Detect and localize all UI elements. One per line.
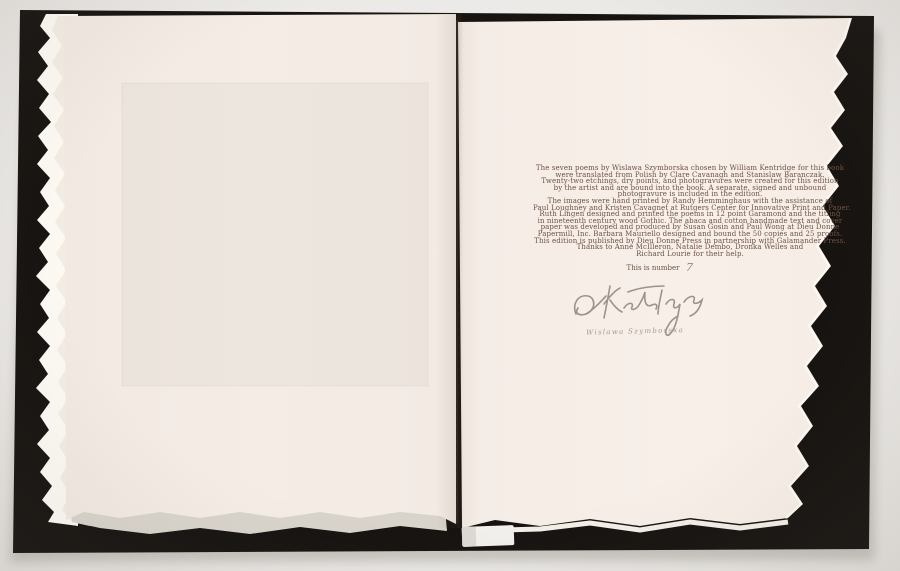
edition-number-label: This is number [627, 264, 680, 272]
book-photograph: The seven poems by Wislawa Szymborska ch… [0, 0, 900, 571]
bookmark-tape [462, 525, 515, 547]
colophon-line: Richard Lourie for their help. [533, 251, 847, 258]
edition-number-line: This is number7 [503, 260, 817, 273]
edition-number-handwritten: 7 [686, 261, 694, 275]
open-book-illustration [0, 0, 900, 571]
right-page [458, 18, 852, 528]
gutter-shadow [436, 14, 480, 528]
colophon-block: The seven poems by Wislawa Szymborska ch… [533, 165, 847, 257]
plate-mark [122, 83, 428, 386]
